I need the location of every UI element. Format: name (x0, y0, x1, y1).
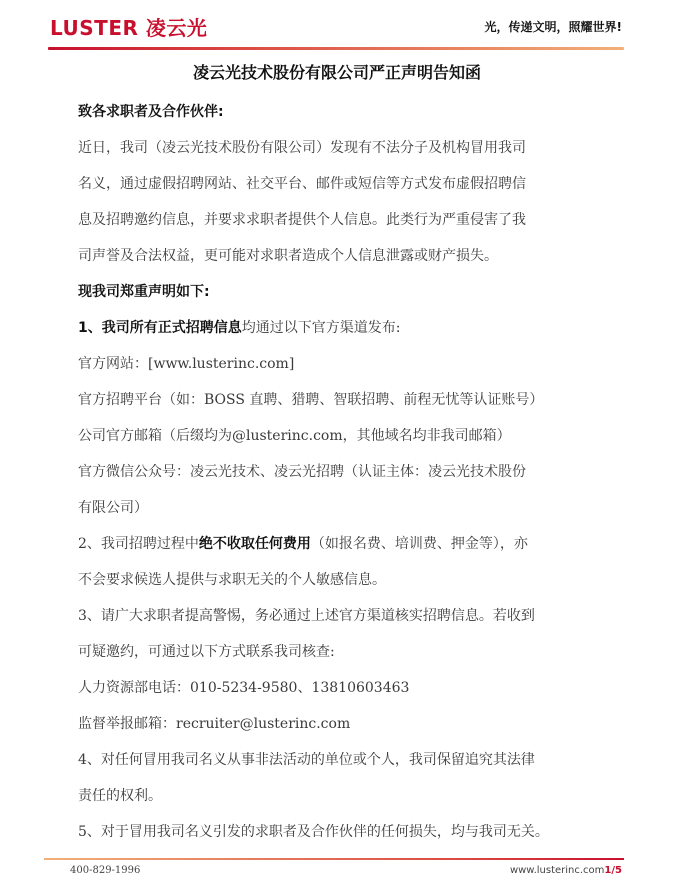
item-3: 3、请广大求职者提高警惕，务必通过上述官方渠道核实招聘信息。若收到 (78, 598, 608, 634)
document-body: 致各求职者及合作伙伴: 近日，我司（凌云光技术股份有限公司）发现有不法分子及机构… (78, 94, 608, 850)
footer-right: www.lusterinc.com1/5 (510, 865, 622, 876)
intro-line: 息及招聘邀约信息，并要求求职者提供个人信息。此类行为严重侵害了我 (78, 202, 608, 238)
item-1-bold: 1、我司所有正式招聘信息 (78, 320, 242, 336)
header-divider (48, 47, 624, 50)
channel-wechat-cont: 有限公司） (78, 490, 608, 526)
item-4: 4、对任何冒用我司名义从事非法活动的单位或个人，我司保留追究其法律 (78, 742, 608, 778)
item-2-suffix: （如报名费、培训费、押金等），亦 (311, 536, 528, 552)
item-1-rest: 均通过以下官方渠道发布: (242, 320, 401, 336)
item-1: 1、我司所有正式招聘信息均通过以下官方渠道发布: (78, 310, 608, 346)
page-number: 1/5 (604, 865, 622, 876)
channel-platforms: 官方招聘平台（如：BOSS 直聘、猎聘、智联招聘、前程无忧等认证账号） (78, 382, 608, 418)
channel-website: 官方网站：[www.lusterinc.com] (78, 346, 608, 382)
intro-line: 名义，通过虚假招聘网站、社交平台、邮件或短信等方式发布虚假招聘信 (78, 166, 608, 202)
item-4-cont: 责任的权利。 (78, 778, 608, 814)
intro-line: 司声誉及合法权益，更可能对求职者造成个人信息泄露或财产损失。 (78, 238, 608, 274)
item-2-prefix: 2、我司招聘过程中 (78, 536, 199, 552)
footer-divider (44, 858, 624, 860)
company-slogan: 光，传递文明，照耀世界! (485, 18, 622, 35)
company-logo: LUSTER 凌云光 (50, 12, 207, 41)
contact-email: 监督举报邮箱：recruiter@lusterinc.com (78, 706, 608, 742)
declaration-heading: 现我司郑重声明如下: (78, 274, 608, 310)
page-header: LUSTER 凌云光 光，传递文明，照耀世界! (0, 0, 674, 56)
item-5: 5、对于冒用我司名义引发的求职者及合作伙伴的任何损失，均与我司无关。 (78, 814, 608, 850)
channel-wechat: 官方微信公众号：凌云光技术、凌云光招聘（认证主体：凌云光技术股份 (78, 454, 608, 490)
item-2-cont: 不会要求候选人提供与求职无关的个人敏感信息。 (78, 562, 608, 598)
document-title: 凌云光技术股份有限公司严正声明告知函 (0, 60, 674, 83)
contact-phone: 人力资源部电话：010-5234-9580、13810603463 (78, 670, 608, 706)
footer-website: www.lusterinc.com (510, 865, 604, 876)
item-3-cont: 可疑邀约，可通过以下方式联系我司核查: (78, 634, 608, 670)
footer-phone: 400-829-1996 (70, 865, 140, 876)
item-2: 2、我司招聘过程中绝不收取任何费用（如报名费、培训费、押金等），亦 (78, 526, 608, 562)
salutation: 致各求职者及合作伙伴: (78, 94, 608, 130)
item-2-bold: 绝不收取任何费用 (199, 536, 311, 552)
intro-line: 近日，我司（凌云光技术股份有限公司）发现有不法分子及机构冒用我司 (78, 130, 608, 166)
channel-email: 公司官方邮箱（后缀均为@lusterinc.com，其他域名均非我司邮箱） (78, 418, 608, 454)
